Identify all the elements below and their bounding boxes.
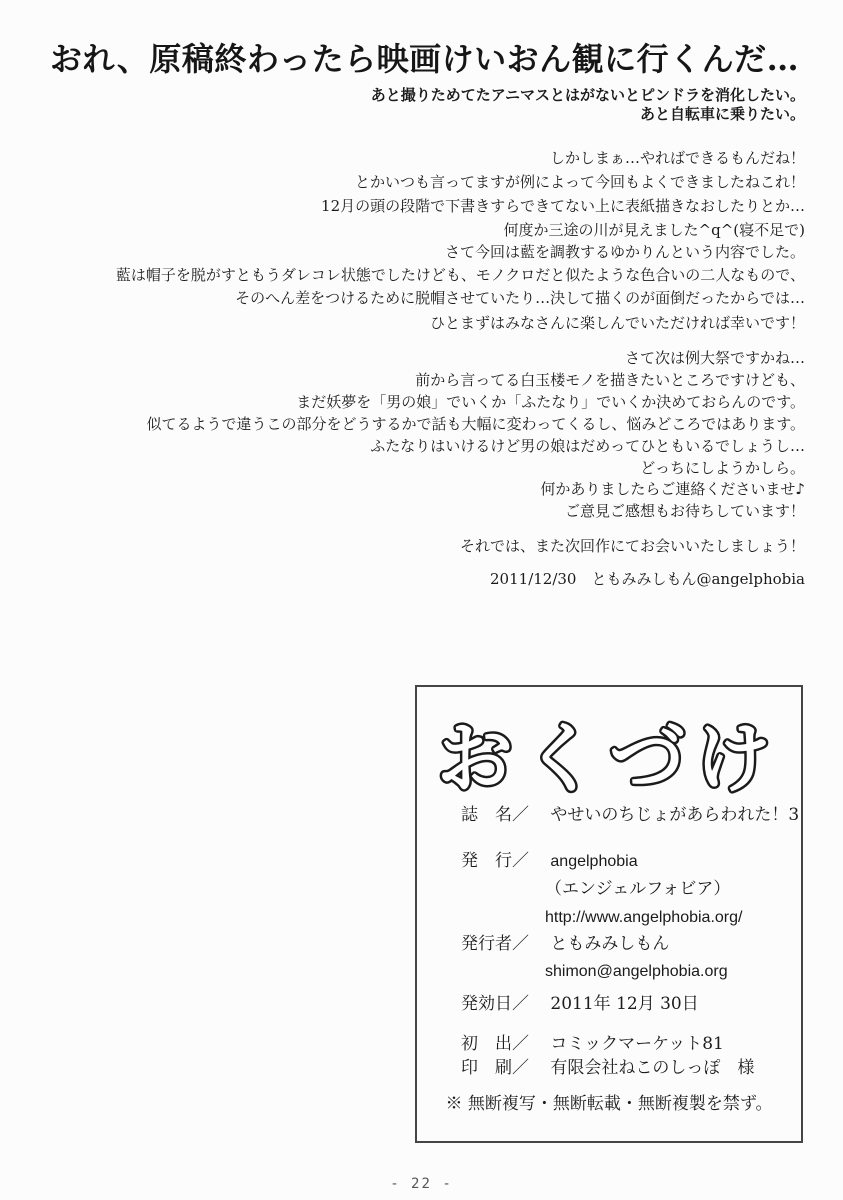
colophon-label: 初 出／ xyxy=(461,1032,529,1056)
paragraph-line: それでは、また次回作にてお会いいたしましょう！ xyxy=(460,535,805,557)
contact-paragraph: 何かありましたらご連絡くださいませ♪ ご意見ご感想もお待ちしています！ xyxy=(540,478,805,522)
colophon-value: http://www.angelphobia.org/ xyxy=(545,906,742,930)
paragraph-line: さて次は例大祭ですかね… xyxy=(146,347,805,369)
colophon-value: 有限会社ねこのしっぽ 様 xyxy=(550,1056,754,1080)
paragraph-line: ひとまずはみなさんに楽しんでいただければ幸いです！ xyxy=(430,312,805,335)
colophon-label: 発効日／ xyxy=(461,992,529,1016)
paragraph-line: さて今回は藍を調教するゆかりんという内容でした。 xyxy=(116,241,805,264)
colophon-row-publisher: 発 行／ angelphobia xyxy=(461,849,638,874)
colophon-row-email: shimon@angelphobia.org xyxy=(545,959,728,984)
paragraph-line: 何かありましたらご連絡くださいませ♪ xyxy=(540,478,805,500)
colophon-label: 発 行／ xyxy=(461,849,529,873)
colophon-heading: おくづけ xyxy=(437,714,781,803)
paragraph-line: 12月の頭の段階で下書きすらできてない上に表紙描きなおしたりとか… xyxy=(321,194,805,218)
paragraph-line: しかしまぁ…やればできるもんだね！ xyxy=(321,146,805,170)
copyright-notice: ※ 無断複写・無断転載・無断複製を禁ず。 xyxy=(417,1089,801,1114)
paragraph-line: 前から言ってる白玉楼モノを描きたいところですけども、 xyxy=(146,369,805,391)
colophon-value: （エンジェルフォビア） xyxy=(545,877,730,901)
colophon-label: 印 刷／ xyxy=(461,1056,529,1080)
intro-line: あと撮りためてたアニマスとはがないとピンドラを消化したい。 xyxy=(371,86,805,105)
colophon-row-publisher-kana: （エンジェルフォビア） xyxy=(545,877,730,901)
colophon-heading-bubble-text: おくづけ xyxy=(427,703,791,811)
paragraph-line: まだ妖夢を「男の娘」でいくか「ふたなり」でいくか決めておらんのです。 xyxy=(146,391,805,413)
colophon-row-issue-date: 発効日／ 2011年 12月 30日 xyxy=(461,992,699,1016)
colophon-value: ともみみしもん xyxy=(550,932,669,956)
colophon-row-author: 発行者／ ともみみしもん xyxy=(461,932,669,956)
paragraph-line: ご意見ご感想もお待ちしています！ xyxy=(540,500,805,522)
paragraph-line: どっちにしようかしら。 xyxy=(146,457,805,479)
page-title: おれ、原稿終わったら映画けいおん観に行くんだ… xyxy=(50,34,799,80)
paragraph-line: そのへん差をつけるために脱帽させていたり…決して描くのが面倒だったからでは… xyxy=(116,287,805,310)
page-number: - 22 - xyxy=(0,1176,843,1192)
signature-line: 2011/12/30 ともみみしもん@angelphobia xyxy=(490,568,805,590)
colophon-label: 発行者／ xyxy=(461,932,529,956)
colophon-value: やせいのちじょがあらわれた！3 xyxy=(550,803,799,827)
colophon-value: 2011年 12月 30日 xyxy=(550,992,698,1016)
farewell-paragraph: それでは、また次回作にてお会いいたしましょう！ xyxy=(460,535,805,557)
paragraph-line: 似てるようで違うこの部分をどうするかで話も大幅に変わってくるし、悩みどころではあ… xyxy=(146,413,805,435)
progress-paragraph: しかしまぁ…やればできるもんだね！ とかいつも言ってますが例によって今回もよくで… xyxy=(321,146,805,242)
paragraph-line: 藍は帽子を脱がすともうダレコレ状態でしたけども、モノクロだと似たような色合いの二… xyxy=(116,264,805,287)
paragraph-line: 何度か三途の川が見えました^q^(寝不足で) xyxy=(321,218,805,242)
enjoy-paragraph: ひとまずはみなさんに楽しんでいただければ幸いです！ xyxy=(430,312,805,335)
colophon-row-title: 誌 名／ やせいのちじょがあらわれた！3 xyxy=(461,803,799,827)
colophon-row-website-url: http://www.angelphobia.org/ xyxy=(545,905,742,930)
paragraph-line: とかいつも言ってますが例によって今回もよくできましたねこれ！ xyxy=(321,170,805,194)
content-paragraph: さて今回は藍を調教するゆかりんという内容でした。 藍は帽子を脱がすともうダレコレ… xyxy=(116,241,805,310)
colophon-value: angelphobia xyxy=(550,850,637,874)
colophon-value: コミックマーケット81 xyxy=(550,1032,723,1056)
colophon-box: おくづけ 誌 名／ やせいのちじょがあらわれた！3 発 行／ angelphob… xyxy=(415,685,803,1143)
intro-paragraph: あと撮りためてたアニマスとはがないとピンドラを消化したい。 あと自転車に乗りたい… xyxy=(371,86,805,124)
next-work-paragraph: さて次は例大祭ですかね… 前から言ってる白玉楼モノを描きたいところですけども、 … xyxy=(146,347,805,479)
scanned-afterword-page: おれ、原稿終わったら映画けいおん観に行くんだ… あと撮りためてたアニマスとはがな… xyxy=(0,0,843,1200)
intro-line: あと自転車に乗りたい。 xyxy=(371,105,805,124)
colophon-row-printer: 印 刷／ 有限会社ねこのしっぽ 様 xyxy=(461,1056,754,1080)
paragraph-line: ふたなりはいけるけど男の娘はだめってひともいるでしょうし… xyxy=(146,435,805,457)
colophon-label: 誌 名／ xyxy=(461,803,529,827)
colophon-value: shimon@angelphobia.org xyxy=(545,960,728,984)
colophon-row-first-published: 初 出／ コミックマーケット81 xyxy=(461,1032,724,1056)
author-signature: 2011/12/30 ともみみしもん@angelphobia xyxy=(490,568,805,590)
